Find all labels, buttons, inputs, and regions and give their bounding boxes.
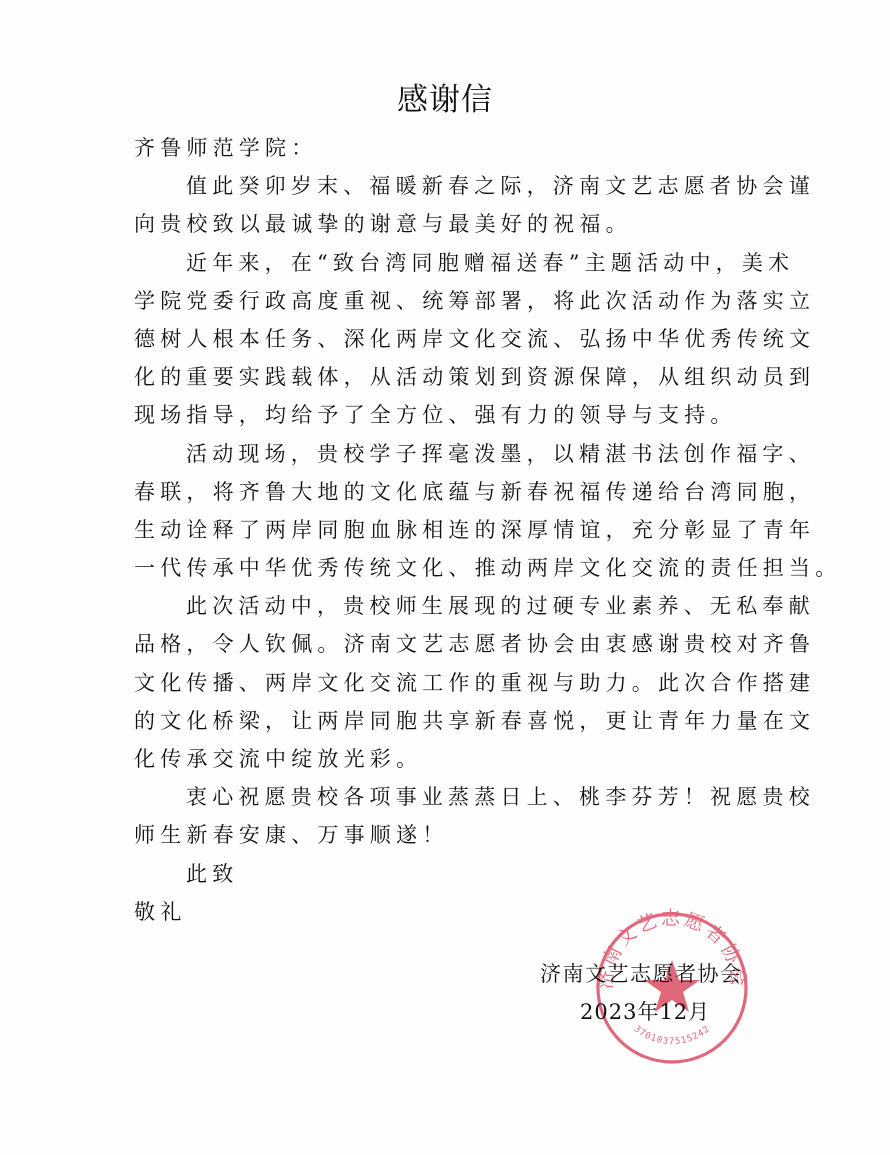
body-line: 化传承交流中绽放光彩。	[134, 740, 758, 778]
body-line: 活动现场，贵校学子挥毫泼墨，以精湛书法创作福字、	[134, 435, 758, 473]
body-line: 的文化桥梁，让两岸同胞共享新春喜悦，更让青年力量在文	[134, 702, 758, 740]
body-line: 此次活动中，贵校师生展现的过硬专业素养、无私奉献	[134, 587, 758, 625]
body-line: 值此癸卯岁末、福暖新春之际，济南文艺志愿者协会谨	[134, 167, 758, 205]
body-line: 化的重要实践载体，从活动策划到资源保障，从组织动员到	[134, 358, 758, 396]
body-line: 一代传承中华优秀传统文化、推动两岸文化交流的责任担当。	[134, 549, 758, 587]
body-line: 现场指导，均给予了全方位、强有力的领导与支持。	[134, 396, 758, 434]
body-line: 师生新春安康、万事顺遂！	[134, 816, 758, 854]
body-line: 学院党委行政高度重视、统筹部署，将此次活动作为落实立	[134, 282, 758, 320]
letter-page: 感谢信 齐鲁师范学院： 值此癸卯岁末、福暖新春之际，济南文艺志愿者协会谨向贵校致…	[0, 0, 890, 1155]
body-line: 德树人根本任务、深化两岸文化交流、弘扬中华优秀传统文	[134, 320, 758, 358]
signature-organization: 济南文艺志愿者协会	[540, 955, 743, 993]
body-line: 向贵校致以最诚挚的谢意与最美好的祝福。	[134, 205, 758, 243]
signature-date: 2023年12月	[580, 993, 710, 1031]
body-paragraphs: 值此癸卯岁末、福暖新春之际，济南文艺志愿者协会谨向贵校致以最诚挚的谢意与最美好的…	[134, 167, 758, 931]
letter-body: 齐鲁师范学院： 值此癸卯岁末、福暖新春之际，济南文艺志愿者协会谨向贵校致以最诚挚…	[134, 129, 758, 931]
body-line: 近年来，在“致台湾同胞赠福送春”主题活动中，美术	[134, 244, 758, 282]
body-line: 生动诠释了两岸同胞血脉相连的深厚情谊，充分彰显了青年	[134, 511, 758, 549]
body-line: 衷心祝愿贵校各项事业蒸蒸日上、桃李芬芳！祝愿贵校	[134, 778, 758, 816]
body-line: 品格，令人钦佩。济南文艺志愿者协会由衷感谢贵校对齐鲁	[134, 625, 758, 663]
body-line: 春联，将齐鲁大地的文化底蕴与新春祝福传递给台湾同胞，	[134, 473, 758, 511]
body-line: 此致	[134, 855, 758, 893]
body-line: 文化传播、两岸文化交流工作的重视与助力。此次合作搭建	[134, 664, 758, 702]
letter-title: 感谢信	[0, 78, 890, 122]
body-line: 敬礼	[134, 893, 758, 931]
salutation: 齐鲁师范学院：	[134, 129, 758, 167]
